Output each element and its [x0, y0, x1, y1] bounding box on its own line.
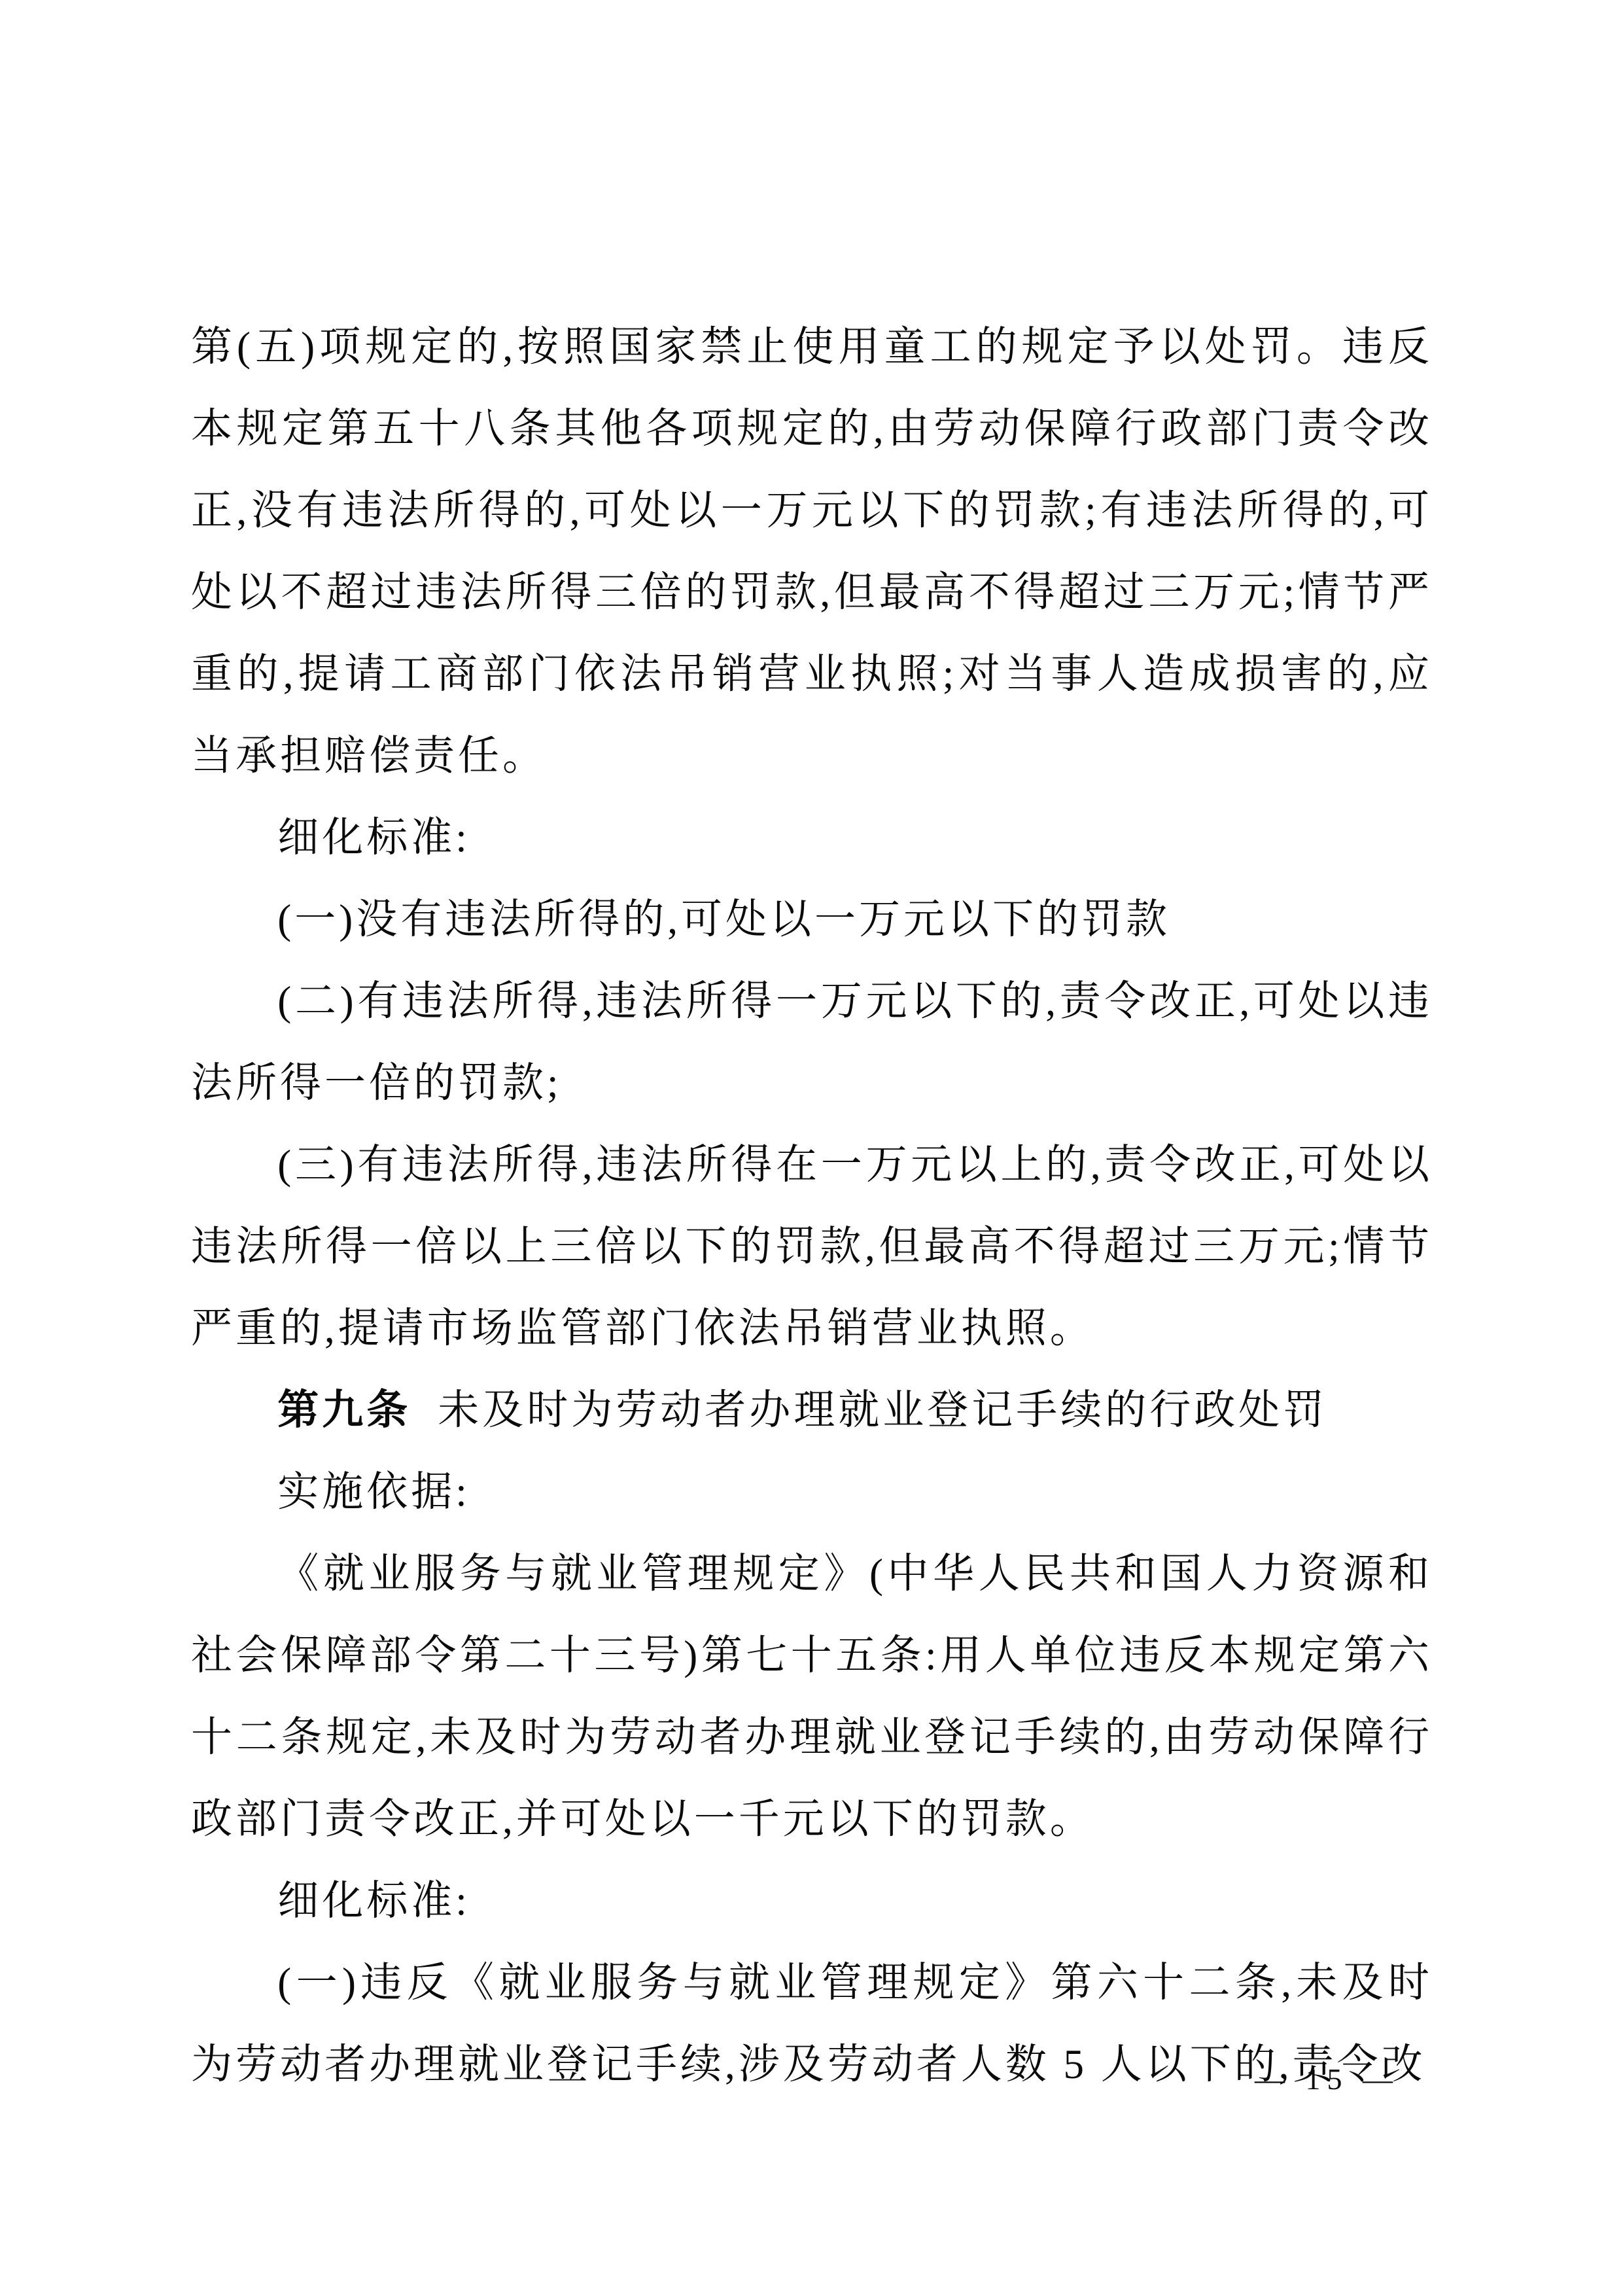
- paragraph: 第九条未及时为劳动者办理就业登记手续的行政处罚: [191, 1369, 1433, 1451]
- paragraph: 第(五)项规定的,按照国家禁止使用童工的规定予以处罚。违反本规定第五十八条其他各…: [191, 306, 1433, 797]
- document-body: 第(五)项规定的,按照国家禁止使用童工的规定予以处罚。违反本规定第五十八条其他各…: [191, 306, 1433, 2106]
- paragraph: 实施依据:: [191, 1451, 1433, 1533]
- document-page: 第(五)项规定的,按照国家禁止使用童工的规定予以处罚。违反本规定第五十八条其他各…: [0, 0, 1623, 2296]
- article-number: 第九条: [277, 1387, 411, 1433]
- paragraph: (二)有违法所得,违法所得一万元以下的,责令改正,可处以违法所得一倍的罚款;: [191, 961, 1433, 1124]
- paragraph: (一)违反《就业服务与就业管理规定》第六十二条,未及时为劳动者办理就业登记手续,…: [191, 1942, 1433, 2106]
- paragraph: 细化标准:: [191, 797, 1433, 879]
- paragraph: (一)没有违法所得的,可处以一万元以下的罚款: [191, 879, 1433, 961]
- paragraph: (三)有违法所得,违法所得在一万元以上的,责令改正,可处以违法所得一倍以上三倍以…: [191, 1124, 1433, 1369]
- paragraph: 《就业服务与就业管理规定》(中华人民共和国人力资源和社会保障部令第二十三号)第七…: [191, 1533, 1433, 1860]
- paragraph: 细化标准:: [191, 1860, 1433, 1942]
- article-title: 未及时为劳动者办理就业登记手续的行政处罚: [438, 1387, 1327, 1433]
- page-number: — 15 —: [1255, 2060, 1399, 2099]
